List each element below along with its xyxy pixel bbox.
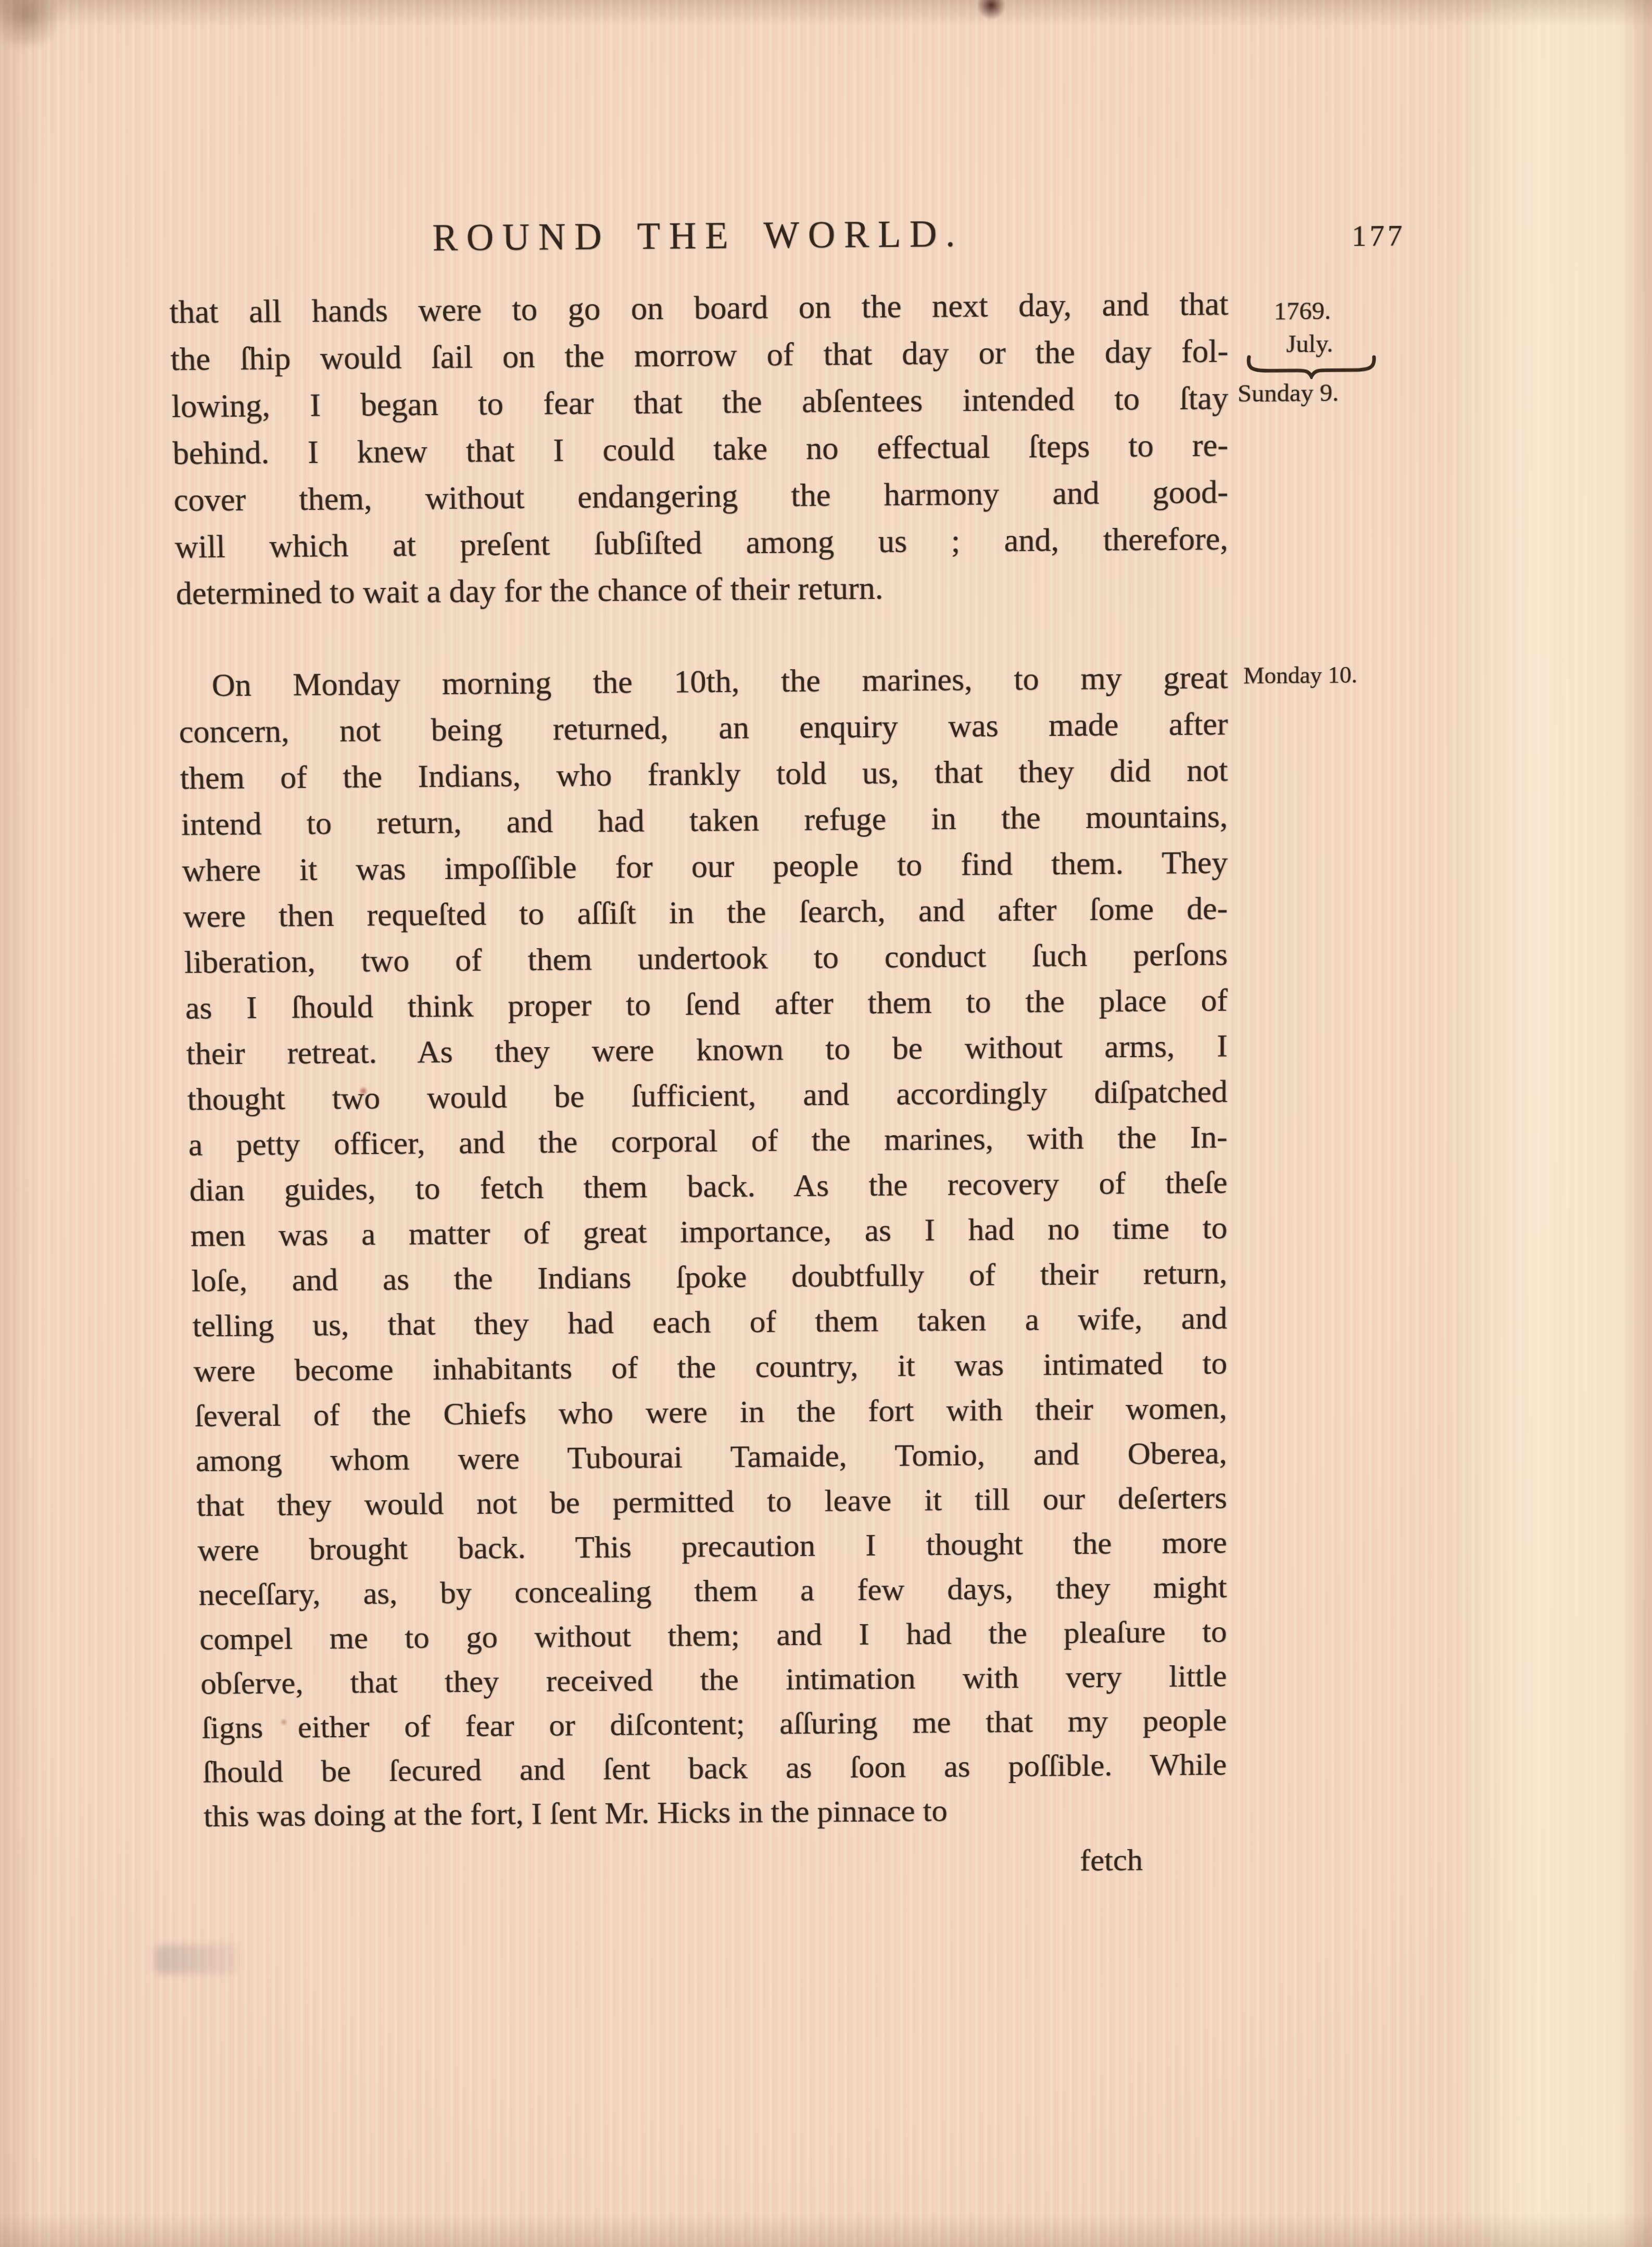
text-line: as I ſhould think proper to ſend after t… [185,977,1228,1031]
text-line: ſeveral of the Chiefs who were in the fo… [194,1386,1227,1438]
text-line: ſhould be ſecured and ſent back as ſoon … [202,1742,1227,1794]
text-line: ſigns either of fear or diſcontent; aſſu… [201,1698,1227,1750]
text-line: that they would not be permitted to leav… [196,1475,1227,1528]
margin-note-year: 1769. [1274,297,1331,325]
margin-note-sunday: Sunday 9. [1238,379,1339,408]
text-line: concern, not being returned, an enquiry … [179,701,1228,756]
paragraph: On Monday morning the 10th, the marines,… [178,654,1228,1838]
paper-stain [359,1086,368,1096]
text-line: dian guides, to fetch them back. As the … [189,1160,1228,1213]
page-text-block: that all hands were to go on board on th… [169,280,1229,1889]
text-line: their retreat. As they were known to be … [186,1023,1228,1077]
page-content: ROUND THE WORLD. 177 that all hands were… [0,0,1652,2144]
text-line: this was doing at the fort, I ſent Mr. H… [203,1787,1227,1838]
running-title: ROUND THE WORLD. [167,210,1228,262]
text-line: telling us, that they had each of them t… [192,1296,1227,1349]
text-line: behind. I knew that I could take no effe… [172,422,1228,477]
text-line: loſe, and as the Indians ſpoke doubtfull… [191,1250,1227,1303]
text-line: determined to wait a day for the chance … [175,562,1228,617]
text-line: a petty officer, and the corporal of the… [188,1114,1228,1168]
text-line: men was a matter of great importance, as… [190,1205,1228,1258]
text-line: were brought back. This precaution I tho… [197,1520,1227,1573]
text-line: neceſſary, as, by concealing them a few … [198,1565,1227,1617]
ink-stain [978,0,1005,21]
text-line: will which at preſent ſubſiſted among us… [174,516,1228,570]
text-line: liberation, two of them undertook to con… [184,932,1228,985]
text-line: obſerve, that they received the intimati… [200,1654,1227,1706]
catchword-row: fetch [204,1837,1227,1889]
text-line: were then requeſted to aſſiſt in the ſea… [183,885,1228,939]
text-line: compel me to go without them; and I had … [199,1610,1227,1662]
corner-smudge [0,0,68,47]
text-line: where it was impoſſible for our people t… [182,839,1228,894]
paragraph: that all hands were to go on board on th… [169,280,1229,617]
margin-note-monday: Monday 10. [1243,661,1357,689]
catchword: fetch [1080,1843,1143,1877]
bleedthrough-mark [155,1945,237,1974]
text-line: cover them, without endangering the harm… [173,469,1228,524]
text-line: intend to return, and had taken refuge i… [181,793,1228,847]
book-page-scan: ROUND THE WORLD. 177 that all hands were… [0,0,1652,2247]
text-line: them of the Indians, who frankly told us… [180,747,1228,801]
paper-stain [280,1718,287,1726]
date-brace-icon [1245,352,1378,380]
text-line: On Monday morning the 10th, the marines,… [178,654,1228,709]
text-line: were become inhabitants of the country, … [193,1341,1227,1394]
text-line: thought two would be ſufficient, and acc… [187,1069,1228,1122]
text-line: lowing, I began to fear that the abſente… [171,374,1229,430]
page-number: 177 [1352,219,1405,253]
text-line: that all hands were to go on board on th… [169,280,1229,336]
text-line: among whom were Tubourai Tamaide, Tomio,… [195,1430,1227,1483]
text-line: the ſhip would ſail on the morrow of tha… [170,328,1229,383]
